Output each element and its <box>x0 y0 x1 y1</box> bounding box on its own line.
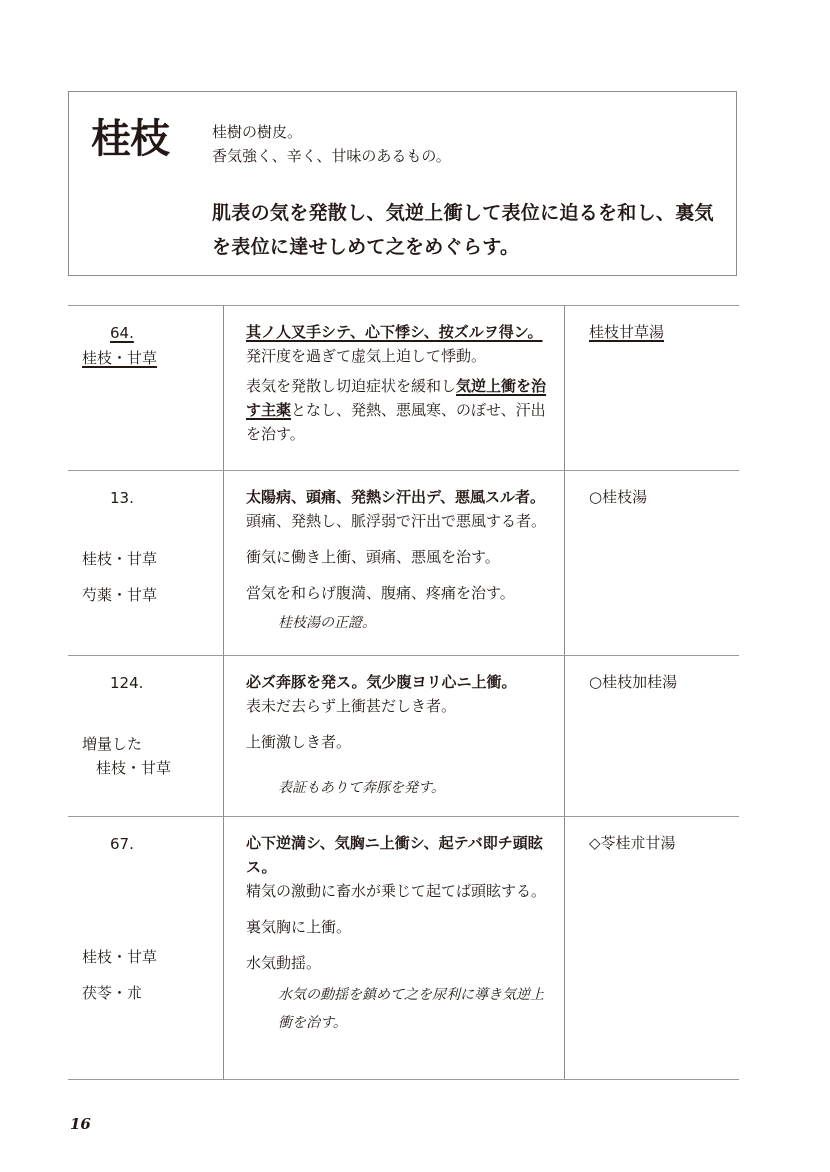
herb-column: 13. 桂枝・甘草 芍薬・甘草 <box>68 471 224 655</box>
herb-description-line: 桂樹の樹皮。 <box>212 120 451 144</box>
explanation-pre: 表気を発散し切迫症状を緩和し <box>246 377 456 395</box>
note-text: 水気の動揺を鎮めて之を尿利に導き気逆上衝を治す。 <box>246 981 552 1037</box>
original-text: 太陽病、頭痛、発熱シ汗出デ、悪風スル者。 <box>246 485 552 509</box>
formula-column: ○桂枝加桂湯 <box>565 656 739 816</box>
herb-description-line: 香気強く、辛く、甘味のあるもの。 <box>212 144 451 168</box>
effect-text: 営気を和らげ腹満、腹痛、疼痛を治す。 <box>246 581 552 605</box>
article-number: 124. <box>110 674 143 692</box>
herb-pair: 芍薬・甘草 <box>82 583 157 607</box>
note-text: 桂枝湯の正證。 <box>246 609 552 637</box>
herb-pair: 茯苓・朮 <box>82 981 142 1005</box>
formula-name: 桂枝甘草湯 <box>589 323 664 341</box>
effect-text: 衝気に働き上衝、頭痛、悪風を治す。 <box>246 545 552 569</box>
original-text: 心下逆満シ、気胸ニ上衝シ、起テバ即チ頭眩ス。 <box>246 831 552 879</box>
herb-qualifier: 増量した <box>82 732 142 756</box>
table-row: 124. 増量した 桂枝・甘草 必ズ奔豚を発ス。気少腹ヨリ心ニ上衝。 表未だ去ら… <box>68 656 739 817</box>
translation-text: 発汗度を過ぎて虚気上迫して悸動。 <box>246 344 552 368</box>
text-column: 太陽病、頭痛、発熱シ汗出デ、悪風スル者。 頭痛、発熱し、脈浮弱で汗出で悪風する者… <box>224 471 565 655</box>
effect-text: 裏気胸に上衝。 <box>246 915 552 939</box>
formula-column: ○桂枝湯 <box>565 471 739 655</box>
herb-column: 67. 桂枝・甘草 茯苓・朮 <box>68 817 224 1079</box>
herb-column: 124. 増量した 桂枝・甘草 <box>68 656 224 816</box>
table-row: 13. 桂枝・甘草 芍薬・甘草 太陽病、頭痛、発熱シ汗出デ、悪風スル者。 頭痛、… <box>68 471 739 656</box>
formula-name: ○桂枝湯 <box>589 488 647 506</box>
herb-description: 桂樹の樹皮。 香気強く、辛く、甘味のあるもの。 <box>212 120 451 168</box>
table-row: 67. 桂枝・甘草 茯苓・朮 心下逆満シ、気胸ニ上衝シ、起テバ即チ頭眩ス。 精気… <box>68 817 739 1080</box>
herb-header-box: 桂枝 桂樹の樹皮。 香気強く、辛く、甘味のあるもの。 肌表の気を発散し、気逆上衝… <box>68 91 737 276</box>
article-number: 67. <box>110 835 134 853</box>
herb-summary: 肌表の気を発散し、気逆上衝して表位に迫るを和し、裏気を表位に達せしめて之をめぐら… <box>212 196 732 264</box>
formula-table: 64. 桂枝・甘草 其ノ人叉手シテ、心下悸シ、按ズルヲ得ン。 発汗度を過ぎて虚気… <box>68 305 739 1080</box>
text-column: 心下逆満シ、気胸ニ上衝シ、起テバ即チ頭眩ス。 精気の激動に畜水が乗じて起てば頭眩… <box>224 817 565 1079</box>
text-column: 必ズ奔豚を発ス。気少腹ヨリ心ニ上衝。 表未だ去らず上衝甚だしき者。 上衝激しき者… <box>224 656 565 816</box>
original-text: 其ノ人叉手シテ、心下悸シ、按ズルヲ得ン。 <box>246 320 552 344</box>
note-text: 表証もありて奔豚を発す。 <box>246 774 552 802</box>
translation-text: 頭痛、発熱し、脈浮弱で汗出で悪風する者。 <box>246 509 552 533</box>
formula-column: 桂枝甘草湯 <box>565 306 739 470</box>
translation-text: 表未だ去らず上衝甚だしき者。 <box>246 694 552 718</box>
page-number: 16 <box>70 1115 91 1133</box>
herb-pair: 桂枝・甘草 <box>82 547 157 571</box>
text-column: 其ノ人叉手シテ、心下悸シ、按ズルヲ得ン。 発汗度を過ぎて虚気上迫して悸動。 表気… <box>224 306 565 470</box>
translation-text: 精気の激動に畜水が乗じて起てば頭眩する。 <box>246 879 552 903</box>
herb-pair: 桂枝・甘草 <box>96 756 171 780</box>
formula-name: ○桂枝加桂湯 <box>589 673 677 691</box>
original-text: 必ズ奔豚を発ス。気少腹ヨリ心ニ上衝。 <box>246 670 552 694</box>
table-row: 64. 桂枝・甘草 其ノ人叉手シテ、心下悸シ、按ズルヲ得ン。 発汗度を過ぎて虚気… <box>68 306 739 471</box>
effect-text: 上衝激しき者。 <box>246 730 552 754</box>
effect-text: 水気動揺。 <box>246 951 552 975</box>
explanation-text: 表気を発散し切迫症状を緩和し気逆上衝を治す主薬となし、発熱、悪風寒、のぼせ、汗出… <box>246 374 552 446</box>
article-number: 13. <box>110 489 134 507</box>
article-number: 64. <box>110 324 134 342</box>
herb-pair: 桂枝・甘草 <box>82 945 157 969</box>
formula-column: ◇苓桂朮甘湯 <box>565 817 739 1079</box>
herb-title: 桂枝 <box>91 114 169 164</box>
herb-column: 64. 桂枝・甘草 <box>68 306 224 470</box>
herb-pair: 桂枝・甘草 <box>82 346 157 370</box>
explanation-post: となし、発熱、悪風寒、のぼせ、汗出を治す。 <box>246 401 546 443</box>
formula-name: ◇苓桂朮甘湯 <box>589 834 676 852</box>
